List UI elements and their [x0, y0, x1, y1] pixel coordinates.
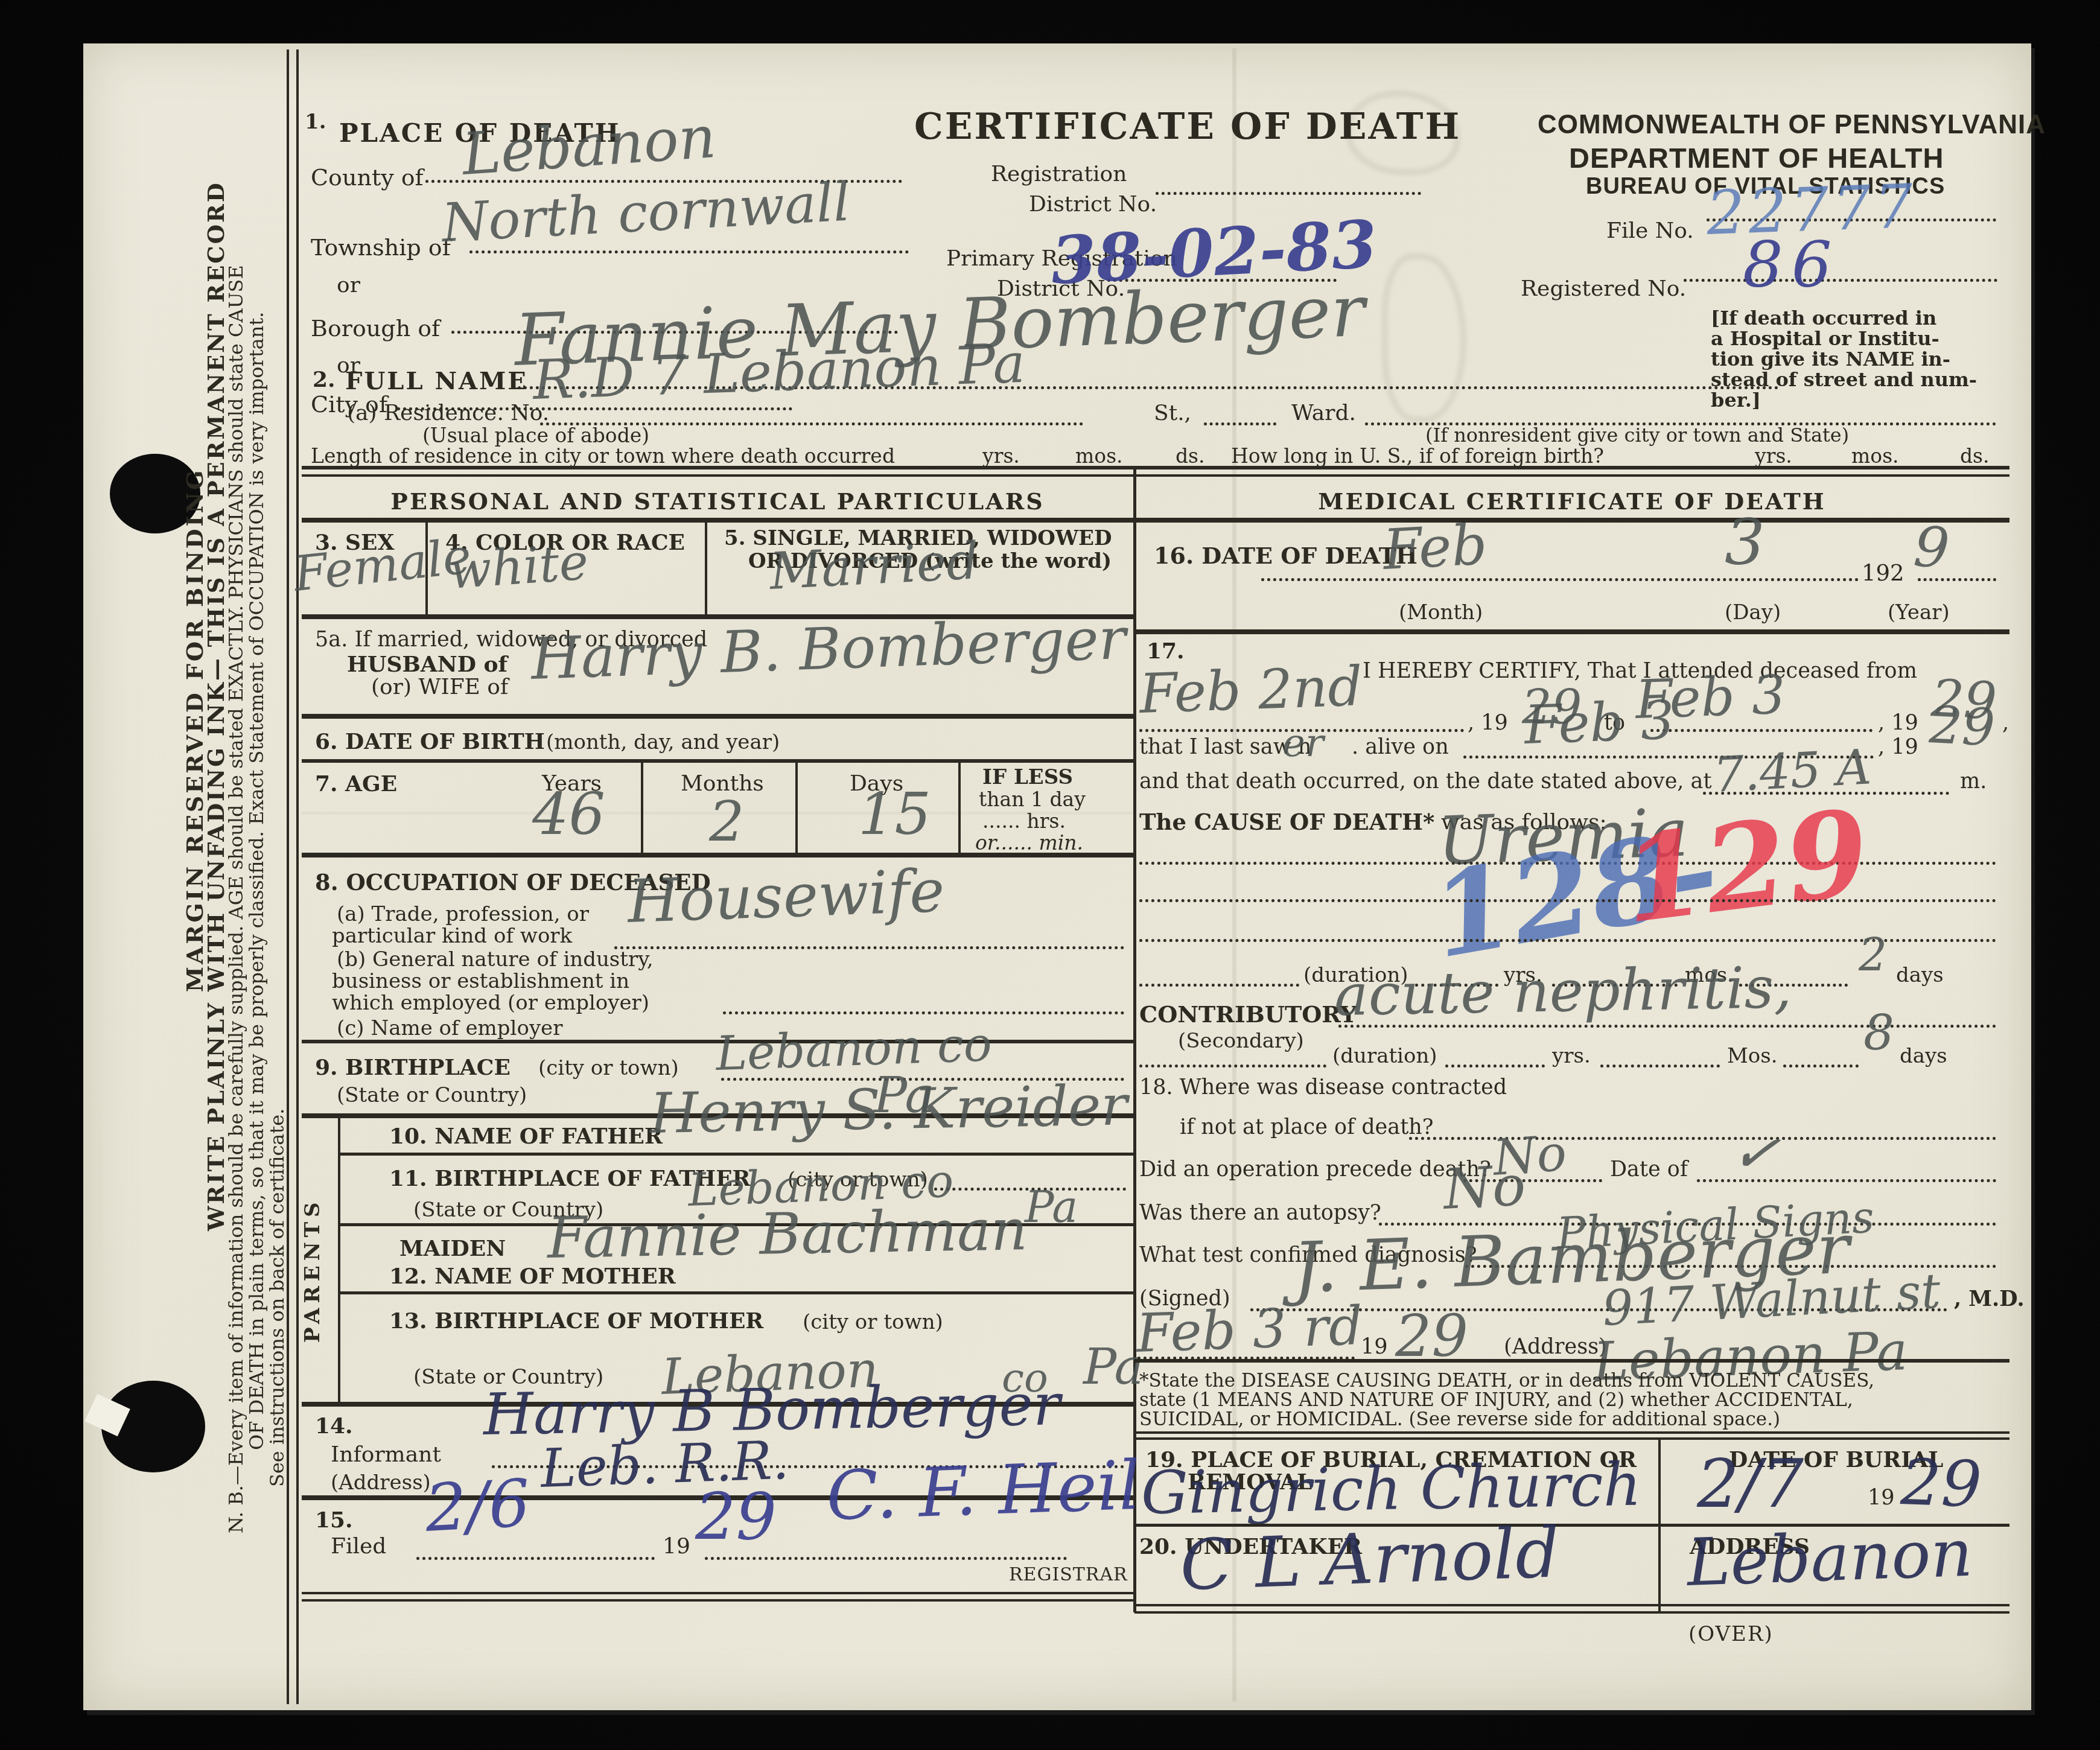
cell-divider: [641, 762, 643, 853]
hospital-note-line: [If death occurred in: [1711, 307, 1936, 329]
filed-19-prefix: 19: [663, 1534, 690, 1559]
cell-divider: [705, 523, 707, 614]
item-15-number: 15.: [315, 1507, 353, 1533]
dotted-line: [614, 946, 1124, 949]
burial-place-value: Gingrich Church: [1141, 1451, 1642, 1528]
age-label: 7. AGE: [315, 771, 397, 797]
rule: [1134, 1437, 2009, 1440]
personal-title: PERSONAL AND STATISTICAL PARTICULARS: [302, 488, 1133, 515]
mos-label: mos.: [1075, 444, 1123, 468]
father-name-label: 10. NAME OF FATHER: [389, 1124, 663, 1149]
scanned-death-certificate: MARGIN RESERVED FOR BINDING WRITE PLAINL…: [0, 0, 2100, 1750]
full-name-label: FULL NAME: [345, 367, 528, 395]
day-sublabel: (Day): [1725, 600, 1781, 625]
father-name-value: Henry S. Kreider: [649, 1073, 1128, 1146]
margin-note-instructions: See instructions on back of certificate.: [266, 1044, 287, 1551]
medical-title: MEDICAL CERTIFICATE OF DEATH: [1134, 488, 2009, 515]
mos-label: mos.: [1851, 444, 1899, 468]
rule: [1134, 1359, 2009, 1363]
county-label: County of: [311, 164, 424, 191]
attended-from-value: Feb 2nd: [1138, 655, 1363, 726]
age-years-value: 46: [532, 781, 605, 848]
rule: [339, 1153, 1133, 1156]
rule: [302, 714, 1133, 719]
wife-label: (or) WIFE of: [371, 675, 508, 699]
birthplace-value: Lebanon co: [715, 1017, 993, 1081]
last-saw-date-value: Feb 3: [1523, 689, 1675, 756]
yrs-label: yrs.: [1552, 1044, 1591, 1068]
registrar-signature: C. F. Heil: [825, 1446, 1141, 1536]
certificate-title: CERTIFICATE OF DEATH: [914, 106, 1461, 148]
disease-contracted-label: 18. Where was disease contracted: [1139, 1075, 1507, 1099]
cell-divider: [958, 762, 961, 853]
parents-label: PARENTS: [301, 1168, 325, 1373]
burial-year-value: 29: [1900, 1445, 1983, 1522]
rule: [1134, 1611, 2009, 1614]
rule: [1134, 1431, 2009, 1434]
duration2-days-value: 8: [1863, 1005, 1894, 1061]
mother-birthplace-sublabel: (city or town): [803, 1310, 943, 1334]
if-less-line3: ...... hrs.: [982, 809, 1066, 833]
registered-no-value: 86: [1743, 228, 1841, 302]
dotted-line: [1600, 1064, 1720, 1067]
date-of-label: Date of: [1610, 1157, 1688, 1182]
dotted-line: [1156, 192, 1421, 195]
dotted-line: [1684, 279, 1997, 282]
margin-note-nb: N. B.—Every item of information should b…: [224, 175, 246, 1623]
year-sublabel: (Year): [1888, 600, 1950, 625]
form-border-rule: [287, 49, 289, 1704]
signed-year-prefix: 19: [1361, 1335, 1388, 1359]
death-occurred-line: and that death occurred, on the date sta…: [1139, 769, 1712, 794]
trade-label-line1: (a) Trade, profession, or: [337, 902, 589, 926]
rule: [302, 474, 2009, 477]
maiden-label: MAIDEN: [399, 1236, 506, 1261]
contributory-value: acute nephritis,: [1334, 955, 1792, 1029]
from-year-prefix: , 19: [1468, 711, 1508, 735]
column-divider-rule: [1133, 466, 1136, 1612]
dotted-line: [1445, 1064, 1545, 1067]
death-month-value: Feb: [1381, 512, 1489, 582]
to-year-prefix: , 19: [1878, 711, 1918, 735]
industry-label-line2: business or establishment in: [332, 969, 629, 993]
last-saw-pronoun: er: [1282, 721, 1323, 766]
days-label: days: [1896, 963, 1944, 987]
marital-value: Married: [768, 531, 980, 601]
duration-days-value: 2: [1859, 929, 1887, 981]
secondary-label: (Secondary): [1178, 1029, 1304, 1053]
item-17-number: 17.: [1147, 638, 1185, 664]
signed-date-value: Feb 3 rd: [1135, 1294, 1363, 1364]
undertaker-value: C L Arnold: [1179, 1512, 1561, 1606]
m-label: m.: [1960, 769, 1987, 794]
contributory-label: CONTRIBUTORY: [1139, 1001, 1357, 1028]
birthplace-label: 9. BIRTHPLACE: [315, 1055, 511, 1080]
hospital-note-line: a Hospital or Institu-: [1711, 327, 1939, 350]
item-1-number: 1.: [305, 110, 326, 134]
dotted-line: [1204, 422, 1276, 425]
rule: [302, 1599, 1133, 1602]
yrs-label: yrs.: [1755, 444, 1792, 468]
days-label: days: [1900, 1044, 1947, 1068]
form-border-rule: [296, 49, 299, 1704]
birthplace-sublabel: (city or town): [538, 1056, 679, 1080]
borough-label: Borough of: [311, 315, 440, 342]
over-label: (OVER): [1688, 1622, 1774, 1646]
dotted-line: [1783, 1064, 1859, 1067]
commonwealth-line: COMMONWEALTH OF PENNSYLVANIA: [1538, 110, 2046, 140]
residence-label: (a) Residence. No.: [347, 401, 549, 425]
or-label: or: [337, 273, 360, 297]
state-country-label: (State or Country): [337, 1083, 527, 1107]
filed-year-value: 29: [695, 1480, 777, 1554]
hospital-note-line: ber.]: [1711, 389, 1761, 412]
rule: [1134, 1604, 2009, 1606]
registration-district-label: District No.: [1029, 192, 1157, 217]
rule: [302, 466, 2009, 469]
mos-label: Mos.: [1727, 1044, 1778, 1068]
death-day-value: 3: [1725, 506, 1765, 579]
death-year-prefix: 192: [1862, 560, 1904, 586]
mother-birthplace-state-value: Pa: [1083, 1338, 1144, 1396]
footnote-line2: state (1 MEANS AND NATURE OF INJURY, and…: [1139, 1389, 1853, 1411]
margin-note-cause: OF DEATH in plain terms, so that it may …: [245, 193, 267, 1569]
if-less-line1: IF LESS: [982, 765, 1073, 789]
registered-no-label: Registered No.: [1521, 276, 1686, 301]
employer-label: (c) Name of employer: [337, 1016, 562, 1040]
st-label: St.,: [1154, 401, 1191, 425]
cause-label-bold: The CAUSE OF DEATH*: [1139, 809, 1434, 835]
date-of-birth-sublabel: (month, day, and year): [546, 730, 780, 754]
color-race-value: white: [447, 533, 590, 600]
howlong-label: How long in U. S., if of foreign birth?: [1231, 444, 1604, 468]
mother-name-value: Fannie Bachman: [547, 1197, 1028, 1271]
item-2-number: 2.: [313, 367, 336, 392]
footnote-line3: SUICIDAL, or HOMICIDAL. (See reverse sid…: [1139, 1408, 1780, 1430]
informant-address-label: (Address): [331, 1471, 431, 1495]
date-of-death-label: 16. DATE OF DEATH: [1154, 542, 1417, 569]
rule: [1134, 629, 2009, 634]
industry-label-line3: which employed (or employer): [332, 991, 649, 1015]
if-less-line4: or...... min.: [975, 831, 1083, 854]
informant-label: Informant: [331, 1442, 441, 1467]
filed-date-value: 2/6: [423, 1466, 532, 1547]
dotted-line: [469, 250, 909, 253]
mother-birthplace-label: 13. BIRTHPLACE OF MOTHER: [389, 1308, 763, 1334]
dotted-line: [1139, 1064, 1326, 1067]
dotted-line: [416, 1557, 655, 1560]
last-saw-line2: . alive on: [1352, 735, 1449, 759]
length-residence-label: Length of residence in city or town wher…: [311, 444, 895, 468]
undertaker-address-value: Lebanon: [1686, 1516, 1974, 1601]
industry-label-line1: (b) General nature of industry,: [337, 947, 654, 972]
comma: ,: [2002, 711, 2009, 735]
ward-label: Ward.: [1291, 401, 1356, 425]
parents-bracket-rule: [338, 1113, 340, 1402]
dotted-line: [705, 1557, 1067, 1560]
ds-label: ds.: [1176, 444, 1205, 468]
disease-contracted-label2: if not at place of death?: [1180, 1115, 1434, 1139]
autopsy-label: Was there an autopsy?: [1139, 1201, 1381, 1225]
dotted-line: [1650, 729, 1872, 732]
item-14-number: 14.: [315, 1413, 353, 1439]
dotted-line: [1139, 899, 1996, 902]
dotted-line: [1261, 578, 1859, 581]
operation-label: Did an operation precede death?: [1139, 1157, 1491, 1182]
hospital-note-line: tion give its NAME in-: [1711, 348, 1950, 371]
department-line: DEPARTMENT OF HEALTH: [1569, 141, 1944, 174]
last-saw-year-prefix: , 19: [1878, 735, 1918, 759]
age-days-value: 15: [858, 781, 931, 848]
rule: [339, 1291, 1133, 1294]
nonresident-note: (If nonresident give city or town and St…: [1425, 424, 1849, 447]
occupation-value: Housewife: [626, 857, 946, 937]
dotted-line: [1139, 984, 1299, 987]
cell-divider: [795, 762, 798, 853]
rule: [302, 853, 1133, 857]
township-label: Township of: [311, 234, 451, 261]
if-less-line2: than 1 day: [979, 787, 1086, 811]
burial-date-value: 2/7: [1697, 1445, 1804, 1522]
registrar-label: REGISTRAR: [1009, 1564, 1128, 1585]
ds-label: ds.: [1960, 444, 1990, 468]
operation-date-mark: ✓: [1727, 1117, 1784, 1189]
husband-label: HUSBAND of: [347, 652, 507, 677]
last-saw-year: 29: [1928, 695, 1996, 759]
md-label: , M.D.: [1954, 1287, 2025, 1311]
signed-address-label: (Address): [1504, 1335, 1607, 1359]
date-of-birth-label: 6. DATE OF BIRTH: [315, 729, 545, 754]
registration-label: Registration: [991, 162, 1127, 186]
duration2-label: (duration): [1332, 1044, 1437, 1068]
trade-label-line2: particular kind of work: [332, 924, 572, 948]
footnote-line1: *State the DISEASE CAUSING DEATH, or in …: [1139, 1370, 1874, 1392]
dotted-line: [723, 1011, 1124, 1014]
yrs-label: yrs.: [982, 444, 1020, 468]
death-year-value: 9: [1912, 514, 1952, 581]
autopsy-value: No: [1442, 1153, 1527, 1222]
age-months-value: 2: [709, 789, 745, 854]
filed-label: Filed: [331, 1534, 386, 1559]
rule: [302, 759, 1133, 763]
burial-year-prefix: 19: [1868, 1486, 1895, 1510]
rule: [302, 1592, 1133, 1594]
month-sublabel: (Month): [1399, 600, 1483, 625]
file-no-label: File No.: [1606, 218, 1694, 243]
